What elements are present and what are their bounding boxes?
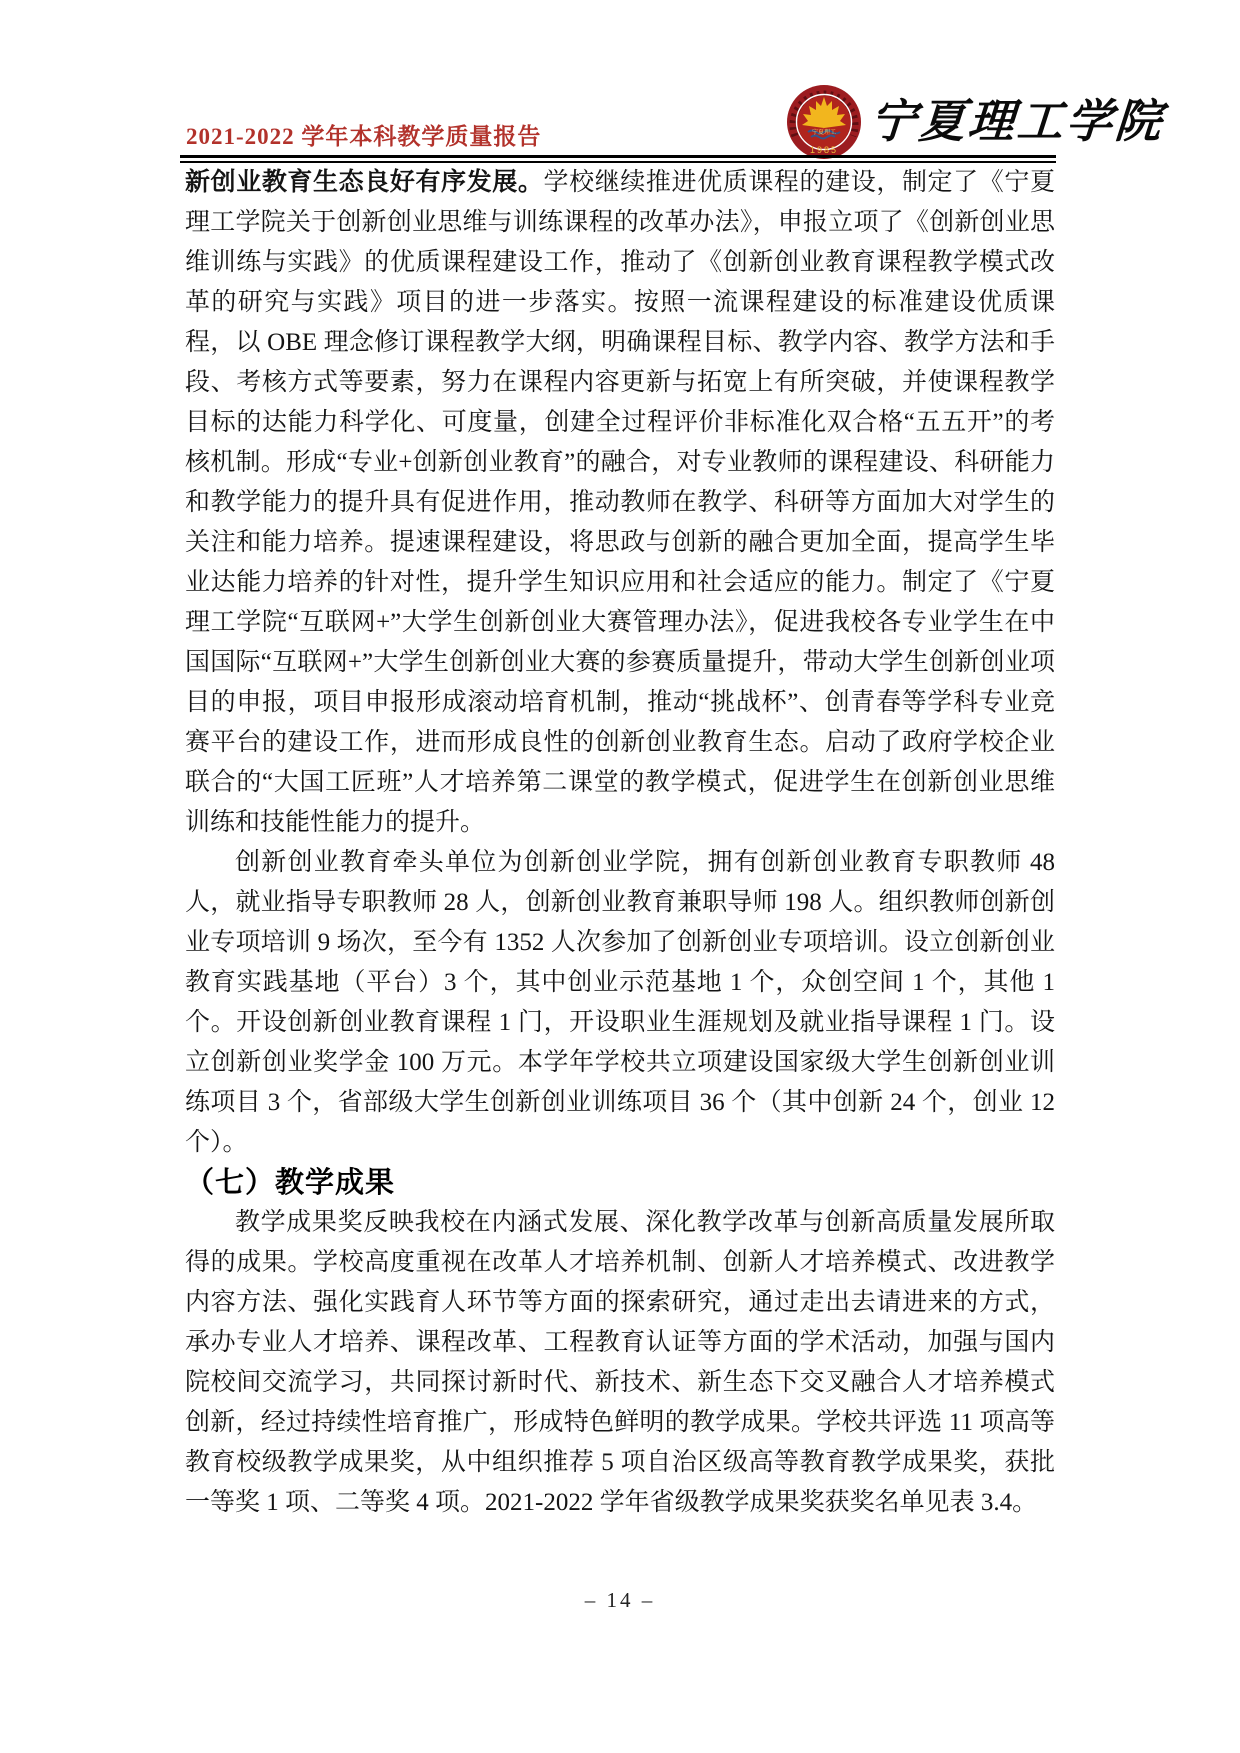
page-number: – 14 – <box>585 1588 656 1612</box>
page-body: 新创业教育生态良好有序发展。学校继续推进优质课程的建设，制定了《宁夏理工学院关于… <box>185 163 1055 1523</box>
section-heading-teaching-achievements: （七）教学成果 <box>185 1168 1055 1198</box>
document-page: 2021-2022 学年本科教学质量报告 宁夏理工 1985 宁夏理工学院 新创… <box>0 0 1240 1753</box>
university-brand: 宁夏理工 1985 宁夏理工学院 <box>786 84 1164 160</box>
paragraph-innovation-statistics: 创新创业教育牵头单位为创新创业学院，拥有创新创业教育专职教师 48 人，就业指导… <box>185 843 1055 1163</box>
paragraph-teaching-achievements: 教学成果奖反映我校在内涵式发展、深化教学改革与创新高质量发展所取得的成果。学校高… <box>185 1203 1055 1523</box>
university-seal-icon: 宁夏理工 1985 <box>786 84 862 160</box>
seal-year-label: 1985 <box>810 145 838 155</box>
header-divider <box>180 155 1056 163</box>
university-name: 宁夏理工学院 <box>868 99 1165 145</box>
page-footer: – 14 – <box>0 1588 1240 1613</box>
paragraph-innovation-education: 新创业教育生态良好有序发展。学校继续推进优质课程的建设，制定了《宁夏理工学院关于… <box>185 163 1055 843</box>
paragraph-bold-lead: 新创业教育生态良好有序发展。 <box>185 169 543 196</box>
paragraph-innovation-education-text: 学校继续推进优质课程的建设，制定了《宁夏理工学院关于创新创业思维与训练课程的改革… <box>185 169 1055 836</box>
seal-inner-label: 宁夏理工 <box>812 128 836 136</box>
report-title: 2021-2022 学年本科教学质量报告 <box>186 118 541 151</box>
